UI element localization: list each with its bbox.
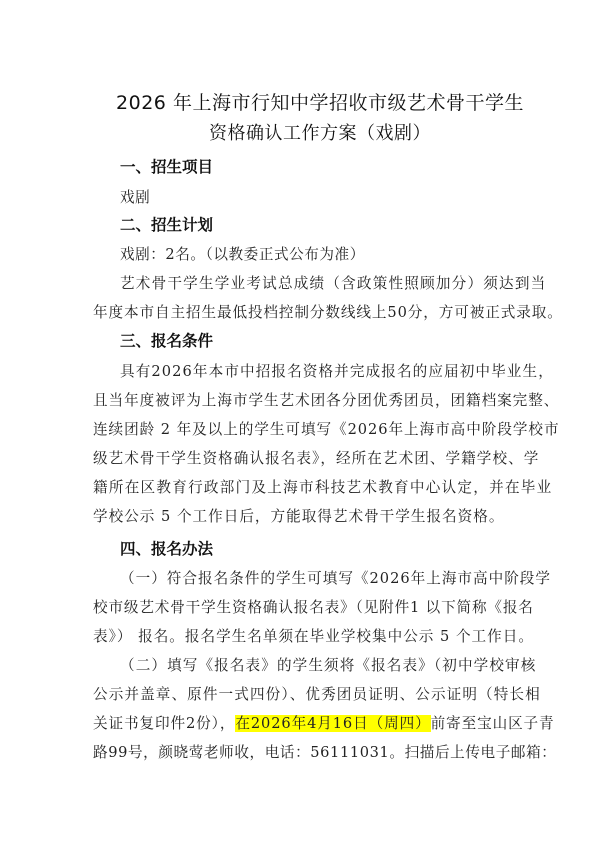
section-body-line: 表》） 报名。报名学生名单须在毕业学校集中公示 5 个工作日。: [93, 625, 534, 646]
section-body-text: 前寄至宝山区子青: [431, 715, 555, 732]
section-body-line: （二）填写《报名表》的学生须将《报名表》（初中学校审核: [120, 654, 536, 675]
highlighted-deadline: 在2026年4月16日（周四）: [235, 715, 430, 732]
section-body-line: 路99号，颜晓莺老师收，电话：56111031。扫描后上传电子邮箱：: [93, 741, 557, 762]
section-body-line: 校市级艺术骨干学生资格确认报名表》（见附件1 以下简称《报名: [93, 596, 534, 617]
section-body-line: 艺术骨干学生学业考试总成绩（含政策性照顾加分）须达到当: [120, 272, 546, 293]
section-heading-enrollment-plan: 二、招生计划: [120, 213, 213, 235]
section-body-line: 学校公示 5 个工作日后，方能取得艺术骨干学生报名资格。: [93, 505, 504, 526]
section-body-line: 级艺术骨干学生资格确认报名表》，经所在艺术团、学籍学校、学: [93, 447, 539, 468]
section-body-line: 戏剧：2名。（以教委正式公布为准）: [120, 243, 365, 264]
section-body-line: 公示并盖章、原件一式四份）、优秀团员证明、公示证明（特长相: [93, 683, 541, 704]
section-body-line: 戏剧: [120, 186, 150, 207]
section-body-line: 籍所在区教育行政部门及上海市科技艺术教育中心认定，并在毕业: [93, 476, 552, 497]
document-title-line-2: 资格确认工作方案（戏剧）: [0, 119, 600, 145]
document-title-line-1: 2026 年上海市行知中学招收市级艺术骨干学生: [0, 88, 600, 115]
section-body-text: 关证书复印件2份），: [93, 715, 235, 732]
section-body-line: 具有2026年本市中招报名资格并完成报名的应届初中毕业生，: [120, 360, 554, 381]
section-heading-registration-method: 四、报名办法: [120, 537, 213, 559]
section-heading-eligibility: 三、报名条件: [120, 329, 213, 351]
section-heading-enrollment-item: 一、招生项目: [120, 155, 213, 177]
document-page: 2026 年上海市行知中学招收市级艺术骨干学生 资格确认工作方案（戏剧） 一、招…: [0, 0, 600, 849]
section-body-line: 且当年度被评为上海市学生艺术团各分团优秀团员，团籍档案完整、: [93, 389, 559, 410]
section-body-line: 连续团龄 2 年及以上的学生可填写《2026年上海市高中阶段学校市: [93, 418, 560, 439]
section-body-line: （一）符合报名条件的学生可填写《2026年上海市高中阶段学: [120, 567, 551, 588]
section-body-line-with-deadline: 关证书复印件2份），在2026年4月16日（周四）前寄至宝山区子青: [93, 712, 555, 733]
section-body-line: 年度本市自主招生最低投档控制分数线线上50分，方可被正式录取。: [93, 301, 563, 322]
